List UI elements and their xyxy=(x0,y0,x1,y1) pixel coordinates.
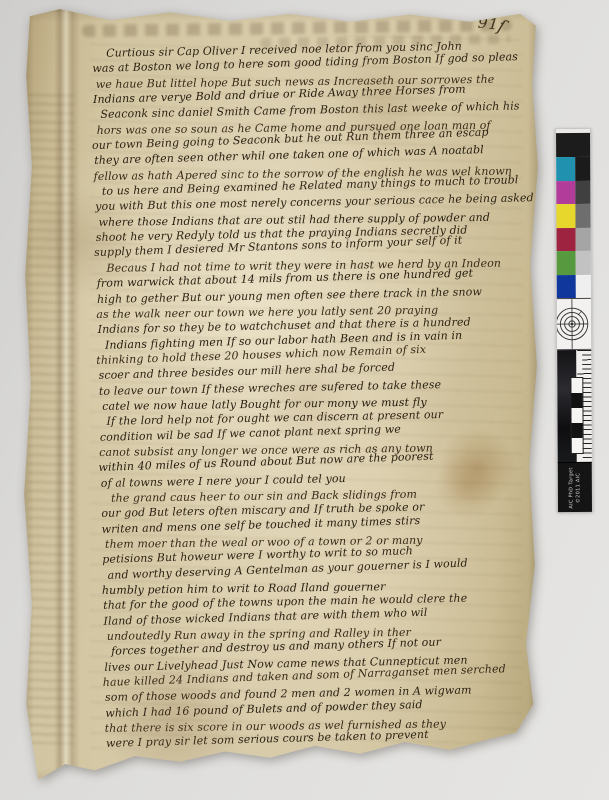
manuscript-text: Curtious sir Cap Oliver I received noe l… xyxy=(92,37,560,752)
photographed-manuscript-scan: 91ſ Curtious sir Cap Oliver I received n… xyxy=(0,0,609,800)
color-patch xyxy=(556,180,575,204)
bleedthrough-left-margin xyxy=(28,91,74,744)
target-label-text: AIC PhD Target ©2011 AIC xyxy=(568,467,581,508)
patch-row xyxy=(556,180,590,204)
patch-row xyxy=(556,157,590,181)
patch-row xyxy=(557,251,591,275)
bullseye-target-icon xyxy=(557,298,591,349)
patch-row xyxy=(557,274,591,298)
gray-patch xyxy=(575,180,590,204)
gray-patch xyxy=(576,274,591,298)
color-patch xyxy=(556,204,575,228)
patch-row xyxy=(557,227,591,251)
target-label-line2: ©2011 AIC xyxy=(575,467,582,508)
black-patch xyxy=(556,133,590,157)
gray-patch xyxy=(575,157,590,181)
gray-patch xyxy=(576,227,591,251)
color-patch xyxy=(557,251,576,275)
gray-patch xyxy=(576,251,591,275)
bleedthrough-top-line xyxy=(82,19,512,37)
color-patch xyxy=(557,227,576,251)
bullseye-svg xyxy=(557,299,591,349)
color-calibration-target: AIC PhD Target ©2011 AIC xyxy=(555,128,593,512)
paper-shadow-wrap: 91ſ Curtious sir Cap Oliver I received n… xyxy=(0,0,609,800)
target-label: AIC PhD Target ©2011 AIC xyxy=(558,462,592,512)
gray-patch xyxy=(575,204,590,228)
manuscript-page: 91ſ Curtious sir Cap Oliver I received n… xyxy=(20,6,540,794)
color-patch xyxy=(557,274,576,298)
patch-rows xyxy=(556,157,591,298)
target-label-line1: AIC PhD Target xyxy=(568,467,575,508)
ruler-checker-blocks xyxy=(570,377,583,454)
page-number: 91ſ xyxy=(477,13,507,36)
patch-row xyxy=(556,204,590,228)
color-patch xyxy=(556,157,575,181)
ruler-scale xyxy=(557,349,592,462)
